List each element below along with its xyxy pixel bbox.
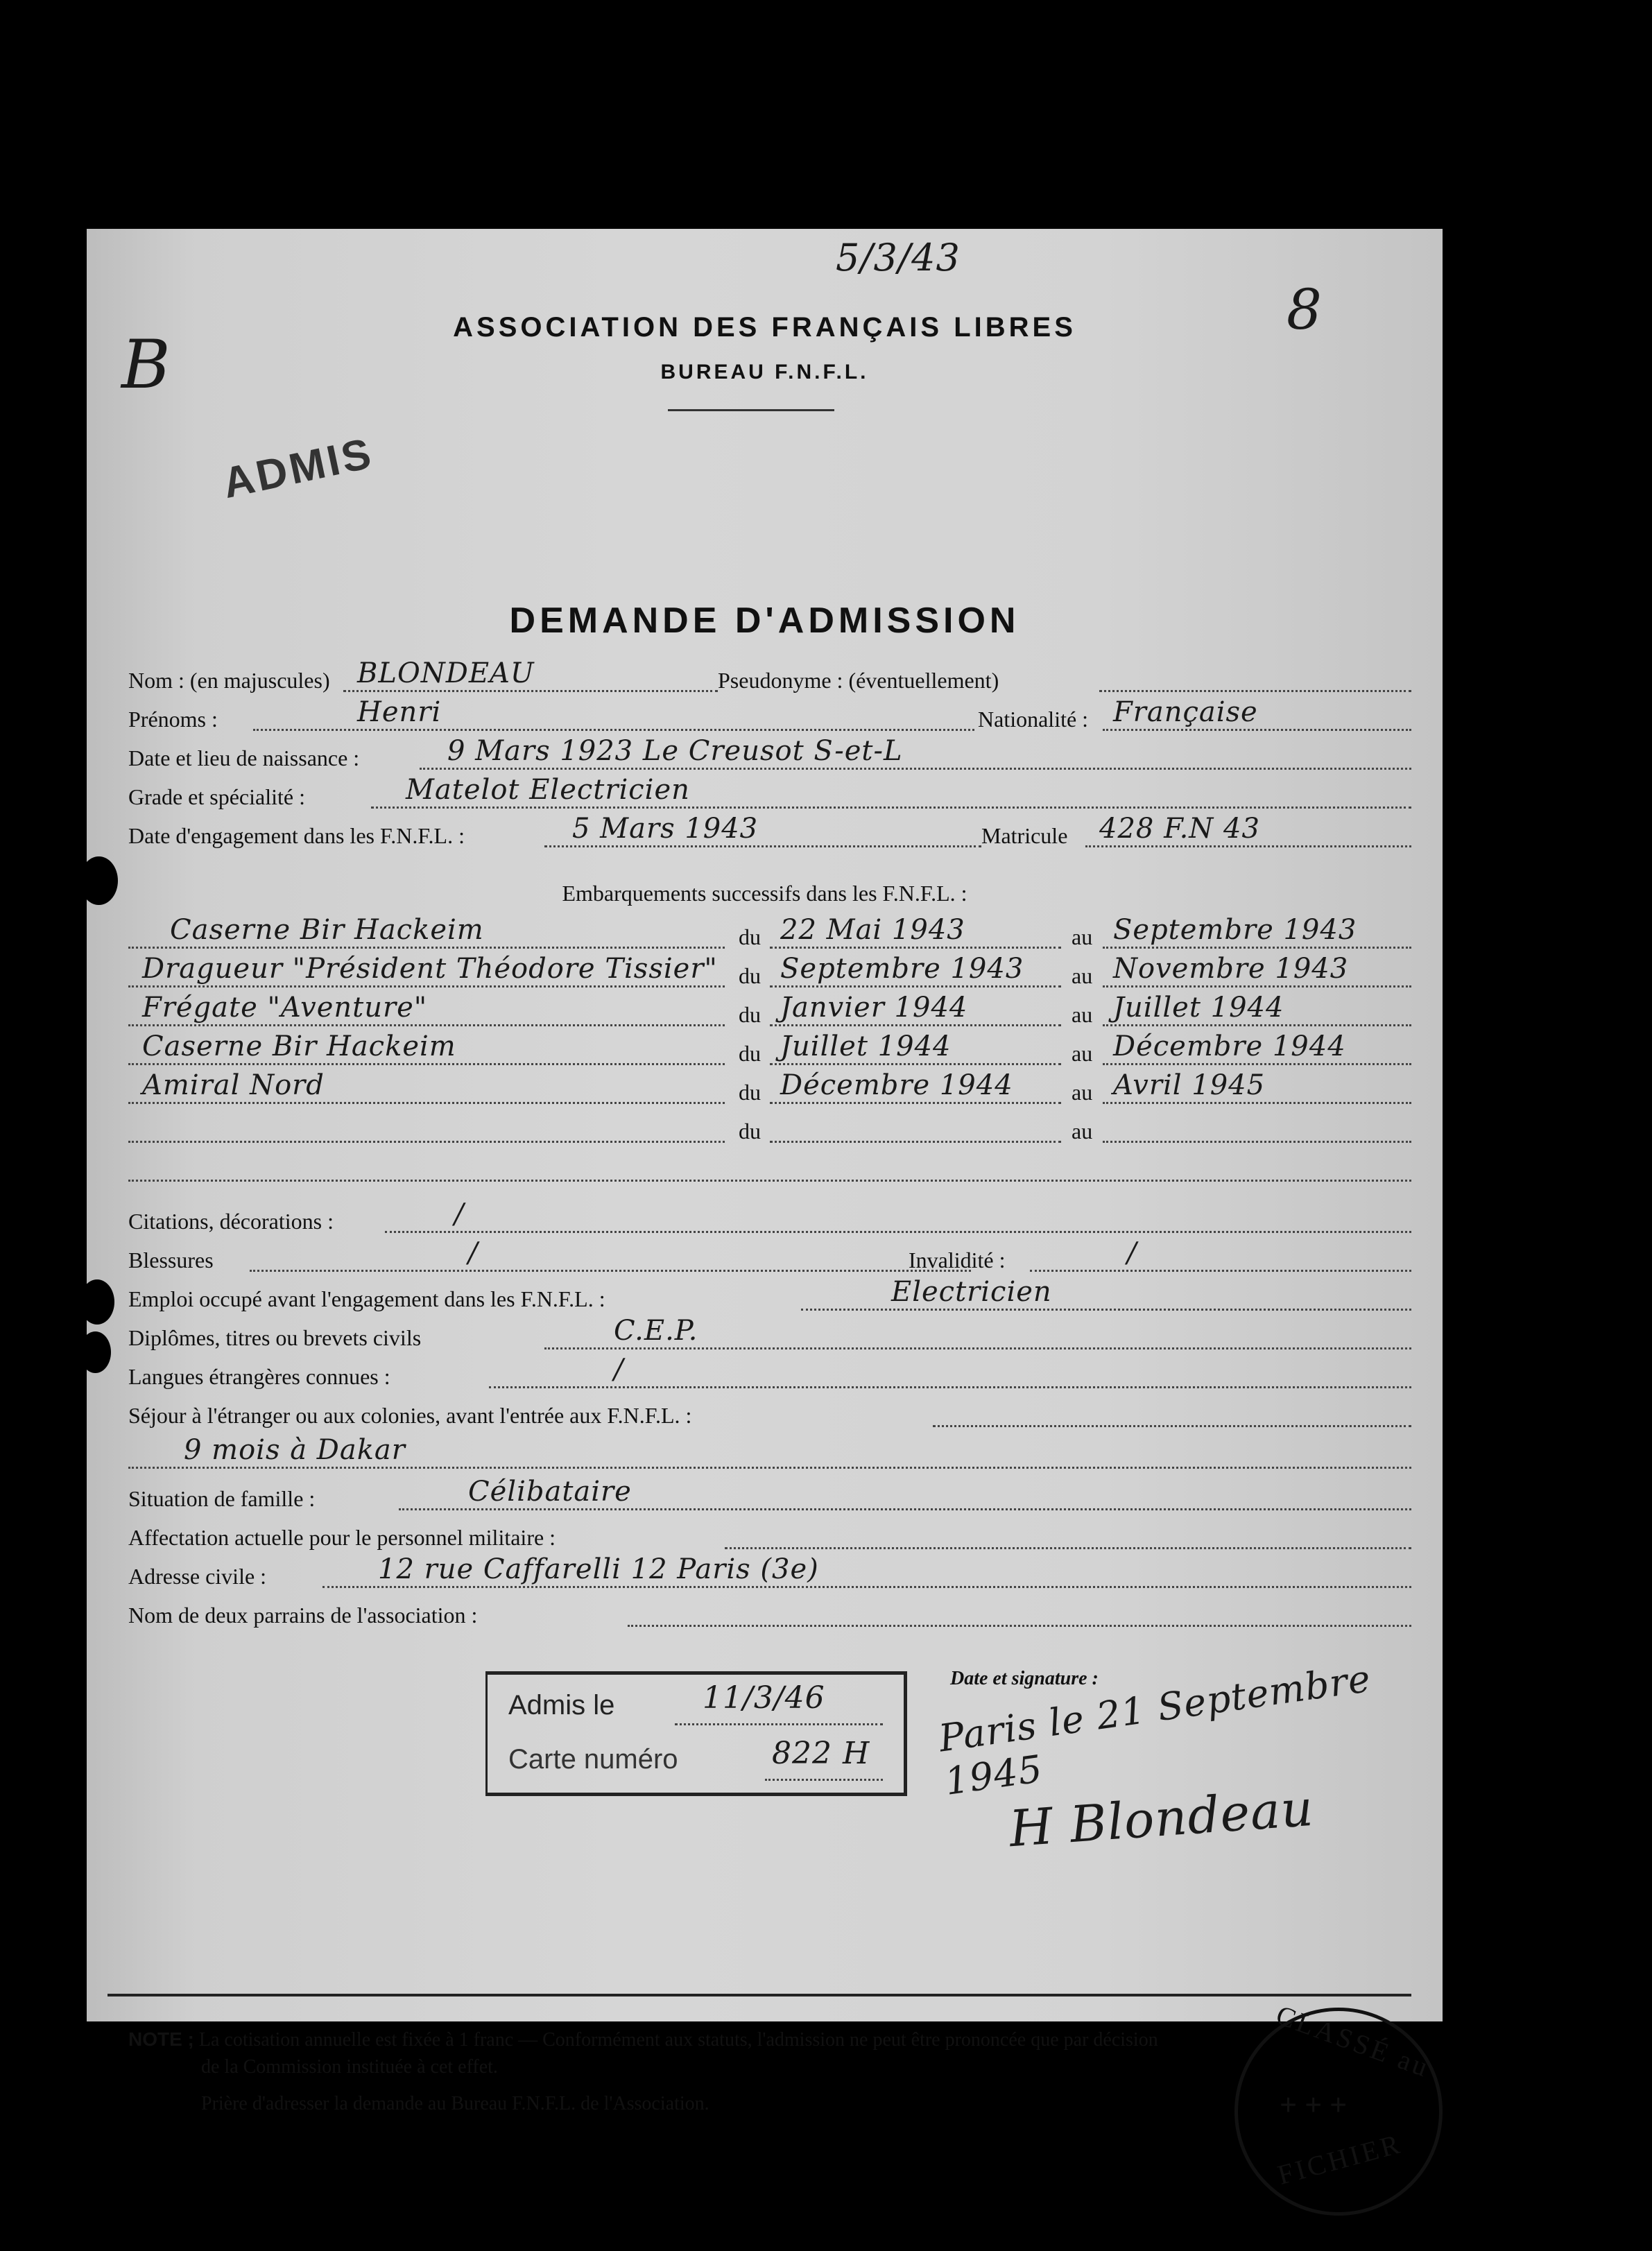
note-line-1: NOTE ; La cotisation annuelle est fixée … bbox=[128, 2028, 1158, 2051]
diplomes-line bbox=[544, 1347, 1411, 1349]
du-value[interactable]: Décembre 1944 bbox=[780, 1069, 1013, 1101]
affectation-label: Affectation actuelle pour le personnel m… bbox=[128, 1525, 556, 1551]
au-label: au bbox=[1072, 1119, 1092, 1144]
embarquements-heading: Embarquements successifs dans les F.N.F.… bbox=[87, 881, 1443, 906]
du-value[interactable]: Janvier 1944 bbox=[780, 992, 967, 1024]
matricule-line bbox=[1085, 845, 1411, 847]
field-row-emploi: Emploi occupé avant l'engagement dans le… bbox=[128, 1277, 1415, 1316]
adresse-label: Adresse civile : bbox=[128, 1564, 266, 1589]
situation-label: Situation de famille : bbox=[128, 1486, 315, 1512]
field-row-nom: Nom : (en majuscules) BLONDEAU Pseudonym… bbox=[128, 659, 1415, 698]
note-text-2: de la Commission instituée à cet effet. bbox=[201, 2056, 498, 2078]
au-label: au bbox=[1072, 1041, 1092, 1067]
field-row-citations: Citations, décorations : / bbox=[128, 1200, 1415, 1239]
admis-stamp: ADMIS bbox=[218, 429, 378, 508]
langues-label: Langues étrangères connues : bbox=[128, 1364, 390, 1390]
au-value[interactable]: Avril 1945 bbox=[1113, 1069, 1265, 1101]
note-prefix: NOTE ; bbox=[128, 2028, 194, 2050]
separator-line bbox=[107, 1994, 1411, 1996]
au-line bbox=[1103, 1102, 1411, 1104]
du-value[interactable]: Septembre 1943 bbox=[780, 953, 1024, 985]
org-title: ASSOCIATION DES FRANÇAIS LIBRES bbox=[87, 312, 1443, 343]
blessures-line bbox=[250, 1270, 971, 1272]
unit-value[interactable]: Caserne Bir Hackeim bbox=[170, 914, 484, 946]
du-label: du bbox=[739, 924, 761, 950]
ornament-divider bbox=[668, 409, 834, 411]
adresse-line bbox=[322, 1586, 1411, 1588]
field-row-langues: Langues étrangères connues : / bbox=[128, 1355, 1415, 1394]
carte-numero-value[interactable]: 822 H bbox=[772, 1736, 870, 1771]
du-line bbox=[770, 947, 1061, 949]
unit-value[interactable]: Amiral Nord bbox=[142, 1069, 325, 1101]
embarquement-row: Caserne Bir Hackeim du Juillet 1944 au D… bbox=[128, 1032, 1415, 1071]
parrains-line[interactable] bbox=[628, 1625, 1411, 1627]
emploi-value[interactable]: Electricien bbox=[891, 1276, 1052, 1308]
admission-form-page: 5/3/43 B 8 ASSOCIATION DES FRANÇAIS LIBR… bbox=[87, 229, 1443, 2021]
note-text-3: Prière d'adresser la demande au Bureau F… bbox=[201, 2093, 709, 2115]
unit-value[interactable]: Dragueur "Président Théodore Tissier" bbox=[142, 953, 718, 985]
pseudonyme-line[interactable] bbox=[1099, 690, 1411, 692]
grade-label: Grade et spécialité : bbox=[128, 784, 305, 810]
sejour-value[interactable]: 9 mois à Dakar bbox=[184, 1434, 406, 1466]
naissance-line bbox=[420, 768, 1411, 770]
adresse-value[interactable]: 12 rue Caffarelli 12 Paris (3e) bbox=[378, 1553, 819, 1585]
au-line bbox=[1103, 985, 1411, 987]
unit-line[interactable] bbox=[128, 1141, 725, 1143]
du-line bbox=[770, 985, 1061, 987]
field-row-parrains: Nom de deux parrains de l'association : bbox=[128, 1594, 1415, 1632]
citations-label: Citations, décorations : bbox=[128, 1209, 334, 1234]
admission-stamp-box: Admis le 11/3/46 Carte numéro 822 H bbox=[485, 1671, 907, 1796]
field-row-sejour-cont: 9 mois à Dakar bbox=[128, 1435, 1415, 1474]
sejour-line-2 bbox=[128, 1467, 1411, 1469]
field-row-naissance: Date et lieu de naissance : 9 Mars 1923 … bbox=[128, 736, 1415, 775]
stamp-top-text: CLASSÉ au bbox=[1272, 1999, 1435, 2085]
field-row-grade: Grade et spécialité : Matelot Electricie… bbox=[128, 775, 1415, 814]
invalidite-label: Invalidité : bbox=[909, 1248, 1006, 1273]
diplomes-value[interactable]: C.E.P. bbox=[614, 1315, 698, 1347]
unit-value[interactable]: Caserne Bir Hackeim bbox=[142, 1030, 456, 1062]
admis-le-label: Admis le bbox=[508, 1690, 614, 1721]
du-label: du bbox=[739, 1080, 761, 1105]
du-label: du bbox=[739, 963, 761, 989]
du-value[interactable]: 22 Mai 1943 bbox=[780, 914, 965, 946]
pseudonyme-label: Pseudonyme : (éventuellement) bbox=[718, 668, 999, 693]
blessures-value[interactable]: / bbox=[468, 1237, 478, 1269]
citations-value[interactable]: / bbox=[454, 1198, 464, 1230]
embarquement-row: du au bbox=[128, 1110, 1415, 1148]
embarquement-row: Caserne Bir Hackeim du 22 Mai 1943 au Se… bbox=[128, 915, 1415, 954]
du-line bbox=[770, 1024, 1061, 1026]
handwritten-date-top: 5/3/43 bbox=[836, 236, 961, 279]
unit-line bbox=[128, 1102, 725, 1104]
form-title: DEMANDE D'ADMISSION bbox=[87, 600, 1443, 641]
invalidite-value[interactable]: / bbox=[1127, 1237, 1137, 1269]
classe-au-fichier-stamp: CLASSÉ au + + + FICHIER bbox=[1234, 2008, 1443, 2216]
carte-numero-line bbox=[765, 1779, 883, 1781]
prenoms-label: Prénoms : bbox=[128, 707, 218, 732]
situation-line bbox=[399, 1508, 1411, 1510]
du-label: du bbox=[739, 1041, 761, 1067]
du-label: du bbox=[739, 1002, 761, 1028]
note-text-1: La cotisation annuelle est fixée à 1 fra… bbox=[199, 2029, 1158, 2051]
nationalite-value[interactable]: Française bbox=[1113, 696, 1258, 728]
sejour-label: Séjour à l'étranger ou aux colonies, ava… bbox=[128, 1403, 691, 1429]
nom-line bbox=[343, 690, 718, 692]
signature-label: Date et signature : bbox=[950, 1668, 1099, 1690]
emploi-line bbox=[801, 1309, 1411, 1311]
parrains-label: Nom de deux parrains de l'association : bbox=[128, 1603, 477, 1628]
unit-line bbox=[128, 947, 725, 949]
field-row-affectation: Affectation actuelle pour le personnel m… bbox=[128, 1516, 1415, 1555]
au-label: au bbox=[1072, 1080, 1092, 1105]
carte-numero-label: Carte numéro bbox=[508, 1744, 678, 1775]
nationalite-line bbox=[1103, 729, 1411, 731]
unit-value[interactable]: Frégate "Aventure" bbox=[142, 992, 427, 1024]
du-line bbox=[770, 1102, 1061, 1104]
au-value[interactable]: Novembre 1943 bbox=[1113, 953, 1348, 985]
au-value[interactable]: Décembre 1944 bbox=[1113, 1030, 1346, 1062]
naissance-value[interactable]: 9 Mars 1923 Le Creusot S-et-L bbox=[447, 735, 903, 767]
unit-line bbox=[128, 1063, 725, 1065]
au-line bbox=[1103, 947, 1411, 949]
citations-line bbox=[385, 1231, 1411, 1233]
field-row-sejour: Séjour à l'étranger ou aux colonies, ava… bbox=[128, 1394, 1415, 1433]
field-row-situation: Situation de famille : Célibataire bbox=[128, 1477, 1415, 1516]
langues-value[interactable]: / bbox=[614, 1354, 623, 1386]
field-row-engagement: Date d'engagement dans les F.N.F.L. : 5 … bbox=[128, 814, 1415, 853]
au-value[interactable]: Juillet 1944 bbox=[1113, 992, 1284, 1024]
embarquement-row: Dragueur "Président Théodore Tissier" du… bbox=[128, 954, 1415, 993]
au-line bbox=[1103, 1063, 1411, 1065]
nom-label: Nom : (en majuscules) bbox=[128, 668, 330, 693]
admis-le-line bbox=[675, 1723, 883, 1725]
org-subtitle: BUREAU F.N.F.L. bbox=[87, 361, 1443, 384]
blank-line bbox=[128, 1180, 1411, 1182]
embarquement-row: Amiral Nord du Décembre 1944 au Avril 19… bbox=[128, 1071, 1415, 1110]
grade-line bbox=[371, 807, 1411, 809]
du-label: du bbox=[739, 1119, 761, 1144]
langues-line bbox=[489, 1386, 1411, 1388]
admis-le-value[interactable]: 11/3/46 bbox=[703, 1680, 825, 1716]
au-label: au bbox=[1072, 1002, 1092, 1028]
grade-value[interactable]: Matelot Electricien bbox=[406, 774, 690, 806]
au-value[interactable]: Septembre 1943 bbox=[1113, 914, 1357, 946]
affectation-line[interactable] bbox=[725, 1547, 1411, 1549]
engagement-line bbox=[544, 845, 981, 847]
nationalite-label: Nationalité : bbox=[978, 707, 1088, 732]
field-row-adresse: Adresse civile : 12 rue Caffarelli 12 Pa… bbox=[128, 1555, 1415, 1594]
unit-line bbox=[128, 985, 725, 987]
blank-row bbox=[128, 1148, 1415, 1187]
au-line[interactable] bbox=[1103, 1141, 1411, 1143]
diplomes-label: Diplômes, titres ou brevets civils bbox=[128, 1325, 421, 1351]
naissance-label: Date et lieu de naissance : bbox=[128, 745, 359, 771]
field-row-diplomes: Diplômes, titres ou brevets civils C.E.P… bbox=[128, 1316, 1415, 1355]
prenoms-line bbox=[253, 729, 974, 731]
invalidite-line bbox=[1030, 1270, 1411, 1272]
du-line bbox=[770, 1063, 1061, 1065]
stamp-center-text: + + + bbox=[1280, 2087, 1347, 2123]
engagement-value[interactable]: 5 Mars 1943 bbox=[572, 813, 758, 845]
emploi-label: Emploi occupé avant l'engagement dans le… bbox=[128, 1286, 605, 1312]
embarquement-row: Frégate "Aventure" du Janvier 1944 au Ju… bbox=[128, 993, 1415, 1032]
punch-hole bbox=[80, 856, 118, 905]
au-label: au bbox=[1072, 924, 1092, 950]
au-line bbox=[1103, 1024, 1411, 1026]
signature[interactable]: H Blondeau bbox=[1008, 1779, 1316, 1858]
stamp-bottom-text: FICHIER bbox=[1274, 2127, 1405, 2191]
matricule-value[interactable]: 428 F.N 43 bbox=[1099, 813, 1260, 845]
du-value[interactable]: Juillet 1944 bbox=[780, 1030, 951, 1062]
sejour-line bbox=[933, 1425, 1411, 1427]
matricule-label: Matricule bbox=[981, 823, 1067, 849]
au-label: au bbox=[1072, 963, 1092, 989]
situation-value[interactable]: Célibataire bbox=[468, 1476, 632, 1508]
punch-hole bbox=[80, 1331, 111, 1373]
unit-line bbox=[128, 1024, 725, 1026]
blessures-label: Blessures bbox=[128, 1248, 214, 1273]
field-row-blessures: Blessures / Invalidité : / bbox=[128, 1239, 1415, 1277]
engagement-label: Date d'engagement dans les F.N.F.L. : bbox=[128, 823, 465, 849]
nom-value[interactable]: BLONDEAU bbox=[357, 657, 535, 689]
du-line[interactable] bbox=[770, 1141, 1061, 1143]
punch-hole bbox=[80, 1279, 114, 1325]
field-row-prenoms: Prénoms : Henri Nationalité : Française bbox=[128, 698, 1415, 736]
prenoms-value[interactable]: Henri bbox=[357, 696, 441, 728]
